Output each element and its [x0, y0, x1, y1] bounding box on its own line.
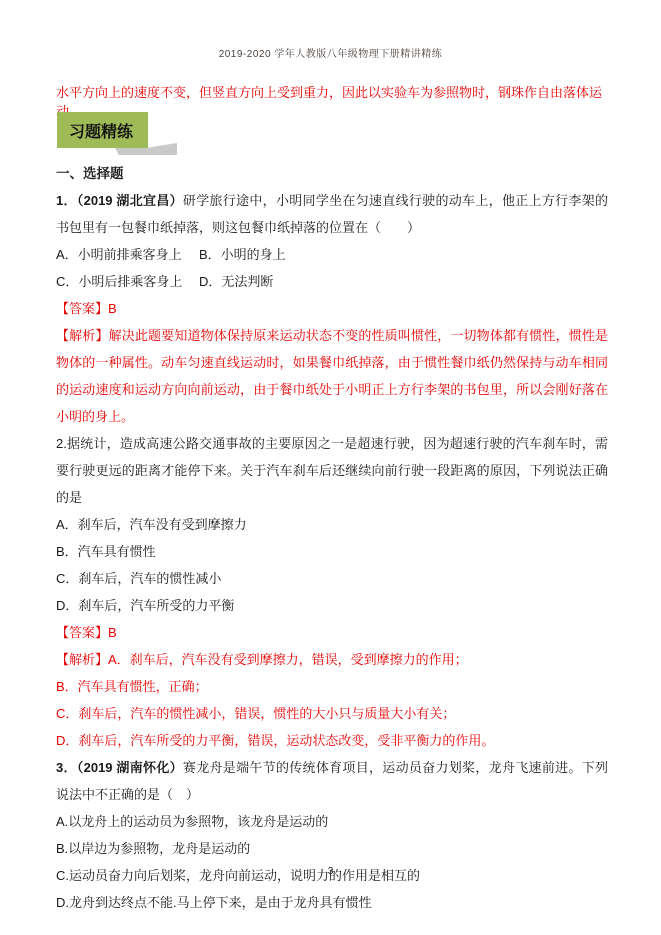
question-2-option-a: A．刹车后，汽车没有受到摩擦力 [56, 511, 608, 538]
section-badge: 习题精练 [57, 112, 148, 148]
question-1-analysis: 【解析】解决此题要知道物体保持原来运动状态不变的性质叫惯性，一切物体都有惯性，惯… [56, 322, 608, 430]
question-1-option-a: A．小明前排乘客身上 [56, 241, 199, 268]
document-page: 2019-2020 学年人教版八年级物理下册精讲精练 水平方向上的速度不变，但竖… [0, 0, 661, 935]
question-2-analysis-line-a: 【解析】A．刹车后，汽车没有受到摩擦力，错误，受到摩擦力的作用； [56, 646, 608, 673]
question-1-option-d: D．无法判断 [199, 268, 608, 295]
question-3-option-a: A.以龙舟上的运动员为参照物，该龙舟是运动的 [56, 808, 608, 835]
question-2-analysis-line-d: D．刹车后，汽车所受的力平衡，错误，运动状态改变，受非平衡力的作用。 [56, 727, 608, 754]
question-3-stem: 3．（2019 湖南怀化）赛龙舟是端午节的传统体育项目，运动员奋力划桨，龙舟飞速… [56, 754, 608, 808]
content-area: 一、选择题 1．（2019 湖北宜昌）研学旅行途中，小明同学坐在匀速直线行驶的动… [56, 160, 608, 916]
question-1-options: A．小明前排乘客身上 B．小明的身上 C．小明后排乘客身上 D．无法判断 [56, 241, 608, 295]
question-2-answer: 【答案】B [56, 619, 608, 646]
question-1-option-c: C．小明后排乘客身上 [56, 268, 199, 295]
question-1-stem: 1．（2019 湖北宜昌）研学旅行途中，小明同学坐在匀速直线行驶的动车上，他正上… [56, 187, 608, 241]
question-2-stem: 2.据统计，造成高速公路交通事故的主要原因之一是超速行驶，因为超速行驶的汽车刹车… [56, 430, 608, 511]
question-2-analysis-line-c: C．刹车后，汽车的惯性减小，错误，惯性的大小只与质量大小有关； [56, 700, 608, 727]
question-2-option-c: C．刹车后，汽车的惯性减小 [56, 565, 608, 592]
document-header-title: 2019-2020 学年人教版八年级物理下册精讲精练 [0, 45, 661, 60]
section-heading: 一、选择题 [56, 160, 608, 187]
question-3-number: 3．（2019 湖南怀化） [56, 760, 183, 775]
page-number: 3 [0, 866, 661, 877]
question-1-number: 1．（2019 湖北宜昌） [56, 193, 183, 208]
question-2-analysis-line-b: B．汽车具有惯性，正确； [56, 673, 608, 700]
question-3-option-d: D.龙舟到达终点不能.马上停下来，是由于龙舟具有惯性 [56, 889, 608, 916]
question-2-option-b: B．汽车具有惯性 [56, 538, 608, 565]
question-2-option-d: D．刹车后，汽车所受的力平衡 [56, 592, 608, 619]
question-1-option-b: B．小明的身上 [199, 241, 608, 268]
question-1-answer: 【答案】B [56, 295, 608, 322]
section-badge-label: 习题精练 [69, 119, 133, 142]
question-3-option-b: B.以岸边为参照物，龙舟是运动的 [56, 835, 608, 862]
